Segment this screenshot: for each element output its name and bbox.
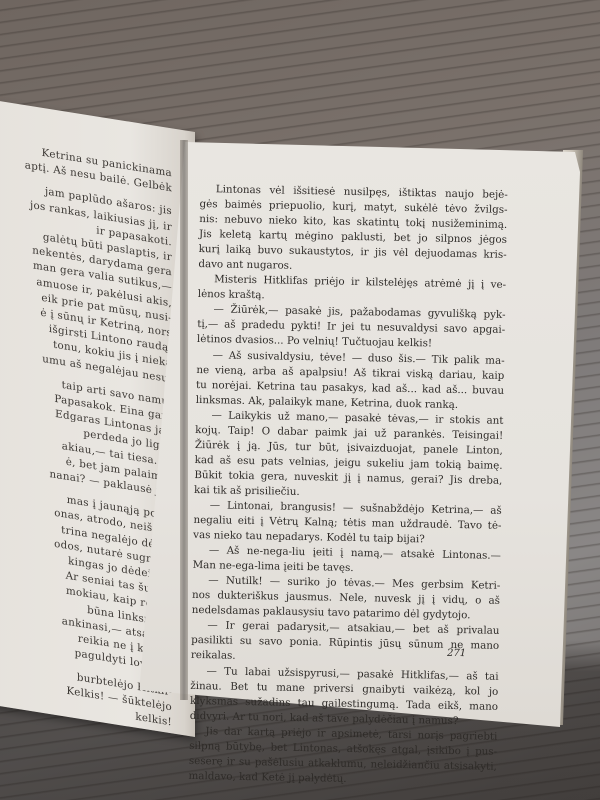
- page-number: 271: [447, 648, 466, 659]
- book-gutter: [180, 140, 188, 700]
- right-page-text: Lintonas vėl išsitiesė nusilpęs, ištikta…: [188, 182, 507, 790]
